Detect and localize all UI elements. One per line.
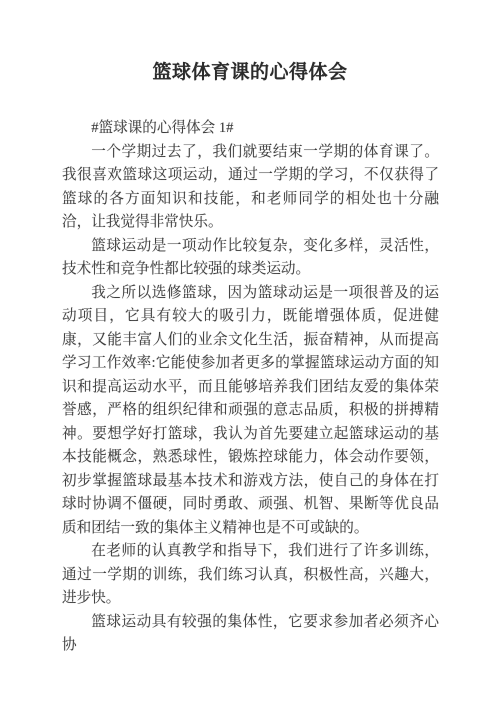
section-heading: #篮球课的心得体会 1#: [62, 117, 439, 141]
document-body: #篮球课的心得体会 1# 一个学期过去了，我们就要结束一学期的体育课了。我很喜欢…: [62, 117, 439, 658]
paragraph: 在老师的认真教学和指导下，我们进行了许多训练，通过一学期的训练，我们练习认真，积…: [62, 540, 439, 611]
document-page: 篮球体育课的心得体会 #篮球课的心得体会 1# 一个学期过去了，我们就要结束一学…: [0, 0, 500, 706]
page-title: 篮球体育课的心得体会: [0, 0, 500, 84]
paragraph: 一个学期过去了，我们就要结束一学期的体育课了。我很喜欢篮球这项运动，通过一学期的…: [62, 141, 439, 235]
paragraph: 篮球运动是一项动作比较复杂，变化多样，灵活性，技术性和竞争性都比较强的球类运动。: [62, 235, 439, 282]
paragraph: 篮球运动具有较强的集体性，它要求参加者必须齐心协: [62, 611, 439, 658]
paragraph: 我之所以选修篮球，因为篮球动运是一项很普及的运动项目，它具有较大的吸引力，既能增…: [62, 282, 439, 541]
